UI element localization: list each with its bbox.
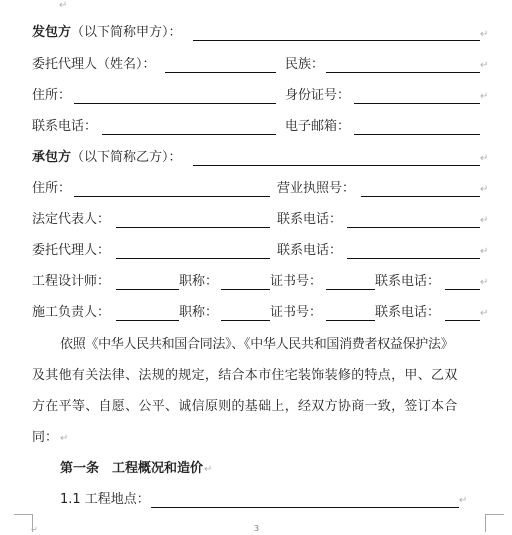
paragraph-mark: ↵ — [480, 308, 488, 320]
designer-phone-field[interactable] — [445, 274, 480, 290]
party-b-legal-rep-field[interactable] — [116, 212, 270, 228]
site-manager-field[interactable] — [116, 305, 179, 321]
party-a-email-field[interactable] — [354, 119, 480, 135]
article-1-title: 第一条 工程概况和造价 — [60, 459, 203, 479]
preamble-text: 及其他有关法律、法规的规定，结合本市住宅装饰装修的特点，甲、乙双 — [32, 366, 458, 386]
party-a-contact-row: 联系电话： 电子邮箱： — [32, 117, 97, 137]
party-a-phone-field[interactable] — [102, 119, 276, 135]
project-location-field[interactable] — [151, 492, 459, 508]
paragraph-mark: ↵ — [480, 246, 488, 258]
party-a-agent-row: 委托代理人（姓名）： 民族： — [32, 55, 156, 75]
preamble-line: 方在平等、自愿、公平、诚信原则的基础上，经双方协商一致，签订本合 — [32, 397, 458, 417]
party-b-address-field[interactable] — [74, 181, 270, 197]
preamble-line: 依照《中华人民共和国合同法》、《中华人民共和国消费者权益保护法》 — [60, 335, 453, 355]
paragraph-mark: ↵ — [59, 0, 67, 12]
paragraph-mark: ↵ — [480, 277, 488, 289]
designer-cert-label: 证书号： — [270, 272, 322, 292]
preamble-text: 同： — [32, 428, 58, 448]
party-a-heading-note: （以下简称甲方）： — [71, 23, 182, 43]
party-b-license-field[interactable] — [361, 181, 480, 197]
paragraph-mark: ↵ — [480, 184, 488, 196]
paragraph-mark: ↵ — [459, 495, 467, 507]
designer-row: 工程设计师： 职称： 证书号： 联系电话： — [32, 272, 110, 292]
party-b-heading-row: 承包方 （以下简称乙方）： — [32, 148, 182, 168]
party-b-legal-rep-phone-field[interactable] — [347, 212, 480, 228]
party-b-agent-row: 委托代理人： 联系电话： — [32, 241, 110, 261]
site-manager-phone-field[interactable] — [445, 305, 480, 321]
site-manager-title-field[interactable] — [221, 305, 270, 321]
party-a-heading-row: 发包方 （以下简称甲方）： — [32, 23, 182, 43]
item-1-1-row: 1.1 工程地点： — [60, 490, 150, 510]
site-manager-cert-field[interactable] — [326, 305, 375, 321]
party-a-phone-label: 联系电话： — [32, 117, 97, 137]
paragraph-mark: ↵ — [480, 60, 488, 72]
site-manager-row: 施工负责人： 职称： 证书号： 联系电话： — [32, 303, 110, 323]
paragraph-mark: ↵ — [204, 464, 212, 476]
preamble-line: 同： — [32, 428, 58, 448]
party-a-name-field[interactable] — [193, 25, 480, 41]
designer-label: 工程设计师： — [32, 272, 110, 292]
party-b-agent-label: 委托代理人： — [32, 241, 110, 261]
party-b-address-label: 住所： — [32, 179, 71, 199]
article-1-title-row: 第一条 工程概况和造价 ↵ — [60, 459, 212, 479]
party-b-agent-phone-field[interactable] — [347, 243, 480, 259]
page-margin-corner-right — [485, 514, 504, 532]
party-a-ethnicity-label: 民族： — [285, 55, 324, 75]
party-a-agent-label: 委托代理人（姓名）： — [32, 55, 156, 75]
party-a-id-field[interactable] — [354, 88, 480, 104]
site-manager-label: 施工负责人： — [32, 303, 110, 323]
preamble-text: 方在平等、自愿、公平、诚信原则的基础上，经双方协商一致，签订本合 — [32, 397, 458, 417]
party-a-email-label: 电子邮箱： — [285, 117, 350, 137]
party-a-ethnicity-field[interactable] — [326, 57, 480, 73]
site-manager-phone-label: 联系电话： — [375, 303, 440, 323]
party-b-agent-field[interactable] — [116, 243, 270, 259]
paragraph-mark: ↵ — [480, 215, 488, 227]
party-a-agent-field[interactable] — [165, 57, 276, 73]
designer-phone-label: 联系电话： — [375, 272, 440, 292]
paragraph-mark: ↵ — [31, 524, 38, 535]
party-b-agent-phone-label: 联系电话： — [277, 241, 342, 261]
item-1-1-label: 1.1 工程地点： — [60, 490, 150, 510]
party-b-heading: 承包方 — [32, 148, 71, 168]
designer-title-field[interactable] — [221, 274, 270, 290]
paragraph-mark: ↵ — [60, 433, 68, 445]
paragraph-mark: ↵ — [480, 29, 488, 41]
party-b-address-row: 住所： 营业执照号： — [32, 179, 71, 199]
party-a-heading: 发包方 — [32, 23, 71, 43]
party-b-heading-note: （以下简称乙方）： — [71, 148, 182, 168]
party-a-address-field[interactable] — [74, 88, 276, 104]
paragraph-mark: ↵ — [480, 153, 488, 165]
party-b-legal-rep-phone-label: 联系电话： — [277, 210, 342, 230]
party-a-address-row: 住所： 身份证号： — [32, 86, 71, 106]
party-a-address-label: 住所： — [32, 86, 71, 106]
party-a-id-label: 身份证号： — [285, 86, 350, 106]
site-manager-title-label: 职称： — [179, 303, 218, 323]
site-manager-cert-label: 证书号： — [270, 303, 322, 323]
designer-title-label: 职称： — [179, 272, 218, 292]
party-b-legal-rep-row: 法定代表人： 联系电话： — [32, 210, 110, 230]
page-number: 3 — [254, 524, 259, 533]
preamble-text: 依照《中华人民共和国合同法》、《中华人民共和国消费者权益保护法》 — [60, 335, 453, 355]
designer-cert-field[interactable] — [326, 274, 375, 290]
party-b-legal-rep-label: 法定代表人： — [32, 210, 110, 230]
designer-field[interactable] — [116, 274, 179, 290]
party-b-name-field[interactable] — [193, 150, 480, 166]
paragraph-mark: ↵ — [480, 91, 488, 103]
preamble-line: 及其他有关法律、法规的规定，结合本市住宅装饰装修的特点，甲、乙双 — [32, 366, 458, 386]
party-b-license-label: 营业执照号： — [277, 179, 355, 199]
